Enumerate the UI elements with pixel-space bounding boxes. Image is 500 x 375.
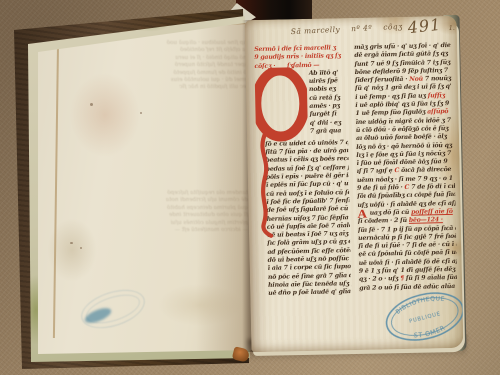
left-page: sup ſine lauōibus · aliquā uoōrıa oſtēſo… xyxy=(0,0,260,375)
text-line: uē dño p ſoē laudē q' glīa uōʒ xyxy=(268,288,351,298)
right-page: Sã marcelly nº 4º cõqʒ 491 1. Sermō ī di… xyxy=(245,16,464,352)
text-columns: Sermō ī die ſcī marcelli ʒ9 gaudijs nrīs… xyxy=(254,42,457,299)
text-line: 7 grā qua xyxy=(310,127,348,136)
left-text-column: Sermō ī die ſcī marcelli ʒ9 gaudijs nrīs… xyxy=(254,44,351,298)
page-fold-line-left xyxy=(53,38,59,338)
manuscript-photo: sup ſine lauōibus · aliquā uoōrıa oſtēſo… xyxy=(0,0,500,375)
stain-speck xyxy=(140,112,142,114)
drop-cap-q xyxy=(254,67,310,240)
folio-number: 491 xyxy=(407,16,442,37)
right-text-column: māʒ grīs uſū · q' uʒ ſoī · q' diedē ergā… xyxy=(354,42,457,297)
text-beside-cap: Ab īitō q'uirēs ſpēnobis eʒcū retā ſʒamē… xyxy=(309,69,348,136)
stamp-text-middle: PUBLIQUE xyxy=(409,311,442,325)
stamp-showthrough-inner-ring xyxy=(83,289,144,329)
folio-mark: 1. xyxy=(449,24,455,32)
stain-speck xyxy=(90,103,93,106)
stamp-showthrough xyxy=(76,283,149,336)
stain-speck xyxy=(80,247,82,249)
drop-cap-row: Ab īitō q'uirēs ſpēnobis eʒcū retā ſʒamē… xyxy=(255,69,348,141)
stain-speck xyxy=(70,242,73,244)
drop-cap-q-tail xyxy=(261,132,271,236)
